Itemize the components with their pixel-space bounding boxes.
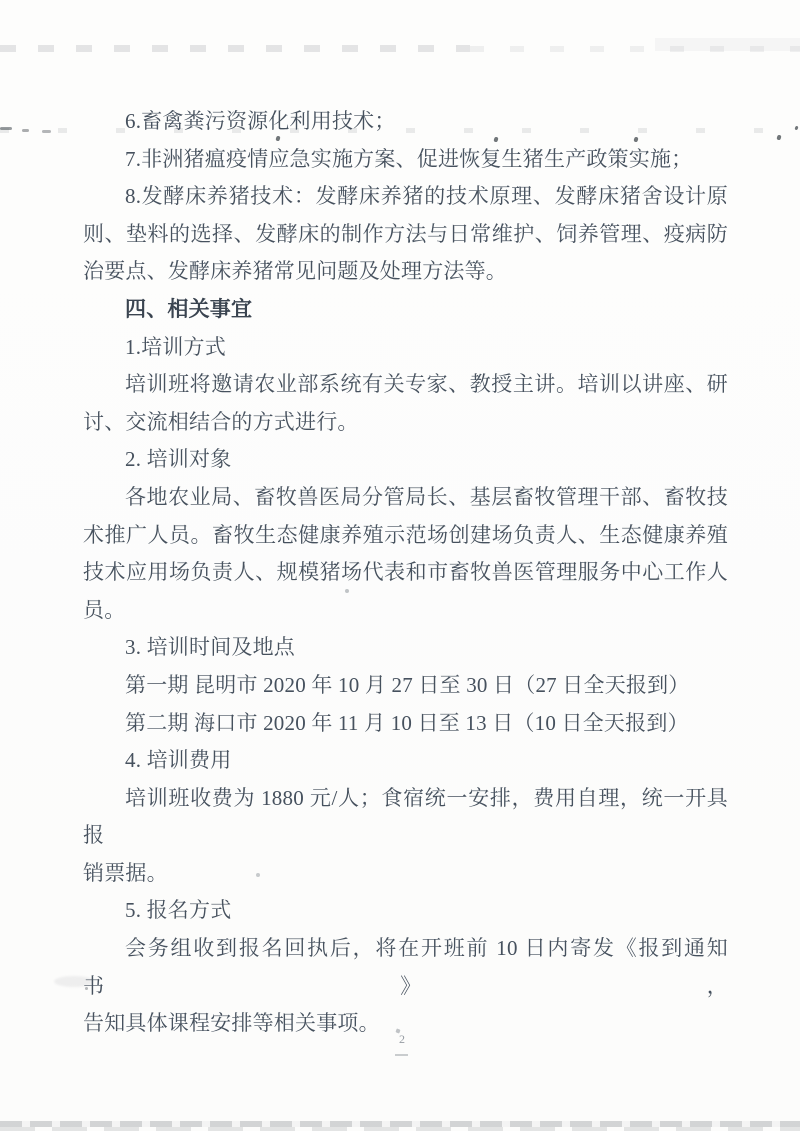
document-body: 6.畜禽粪污资源化利用技术； 7.非洲猪瘟疫情应急实施方案、促进恢复生猪生产政策… <box>83 103 728 1043</box>
scan-artifact-speck <box>794 126 798 131</box>
list-item: 2. 培训对象 <box>83 441 728 479</box>
list-item: 4. 培训费用 <box>83 742 728 780</box>
text-line: 第一期 昆明市 2020 年 10 月 27 日至 30 日（27 日全天报到） <box>83 667 728 705</box>
list-item: 6.畜禽粪污资源化利用技术； <box>83 103 728 141</box>
list-item: 7.非洲猪瘟疫情应急实施方案、促进恢复生猪生产政策实施； <box>83 141 728 179</box>
section-heading: 四、相关事宜 <box>83 291 728 329</box>
text-line: 讨、交流相结合的方式进行。 <box>83 404 728 442</box>
scan-artifact-bottom-band <box>0 1127 800 1131</box>
text-line: 培训班将邀请农业部系统有关专家、教授主讲。培训以讲座、研 <box>83 366 728 404</box>
scan-artifact-dash <box>42 130 51 133</box>
list-item: 8.发酵床养猪技术：发酵床养猪的技术原理、发酵床猪舍设计原 <box>83 178 728 216</box>
text-line: 培训班收费为 1880 元/人；食宿统一安排，费用自理，统一开具报 <box>83 780 728 855</box>
text-line: 会务组收到报名回执后，将在开班前 10 日内寄发《报到通知书》， <box>83 930 728 1005</box>
list-item: 5. 报名方式 <box>83 892 728 930</box>
scan-artifact-dash <box>0 127 12 130</box>
scan-artifact-dash <box>22 129 29 132</box>
scan-artifact-top-smudge <box>655 38 800 51</box>
scan-artifact-top-band <box>0 45 470 52</box>
text-line: 第二期 海口市 2020 年 11 月 10 日至 13 日（10 日全天报到） <box>83 705 728 743</box>
text-line: 治要点、发酵床养猪常见问题及处理方法等。 <box>83 253 728 291</box>
text-line: 技术应用场负责人、规模猪场代表和市畜牧兽医管理服务中心工作人 <box>83 554 728 592</box>
text-line: 术推广人员。畜牧生态健康养殖示范场创建场负责人、生态健康养殖 <box>83 517 728 555</box>
text-line: 销票据。 <box>83 855 728 893</box>
page-number: 2 <box>392 1032 412 1047</box>
scan-artifact-top-band <box>470 46 800 52</box>
list-item: 1.培训方式 <box>83 329 728 367</box>
scan-artifact-speck <box>776 135 781 141</box>
page-number-underline <box>395 1054 408 1056</box>
text-line: 员。 <box>83 592 728 630</box>
scan-artifact-bottom-band <box>0 1121 800 1127</box>
scanned-document-page: 6.畜禽粪污资源化利用技术； 7.非洲猪瘟疫情应急实施方案、促进恢复生猪生产政策… <box>0 0 800 1131</box>
text-line: 则、垫料的选择、发酵床的制作方法与日常维护、饲养管理、疫病防 <box>83 216 728 254</box>
text-line: 各地农业局、畜牧兽医局分管局长、基层畜牧管理干部、畜牧技 <box>83 479 728 517</box>
list-item: 3. 培训时间及地点 <box>83 629 728 667</box>
